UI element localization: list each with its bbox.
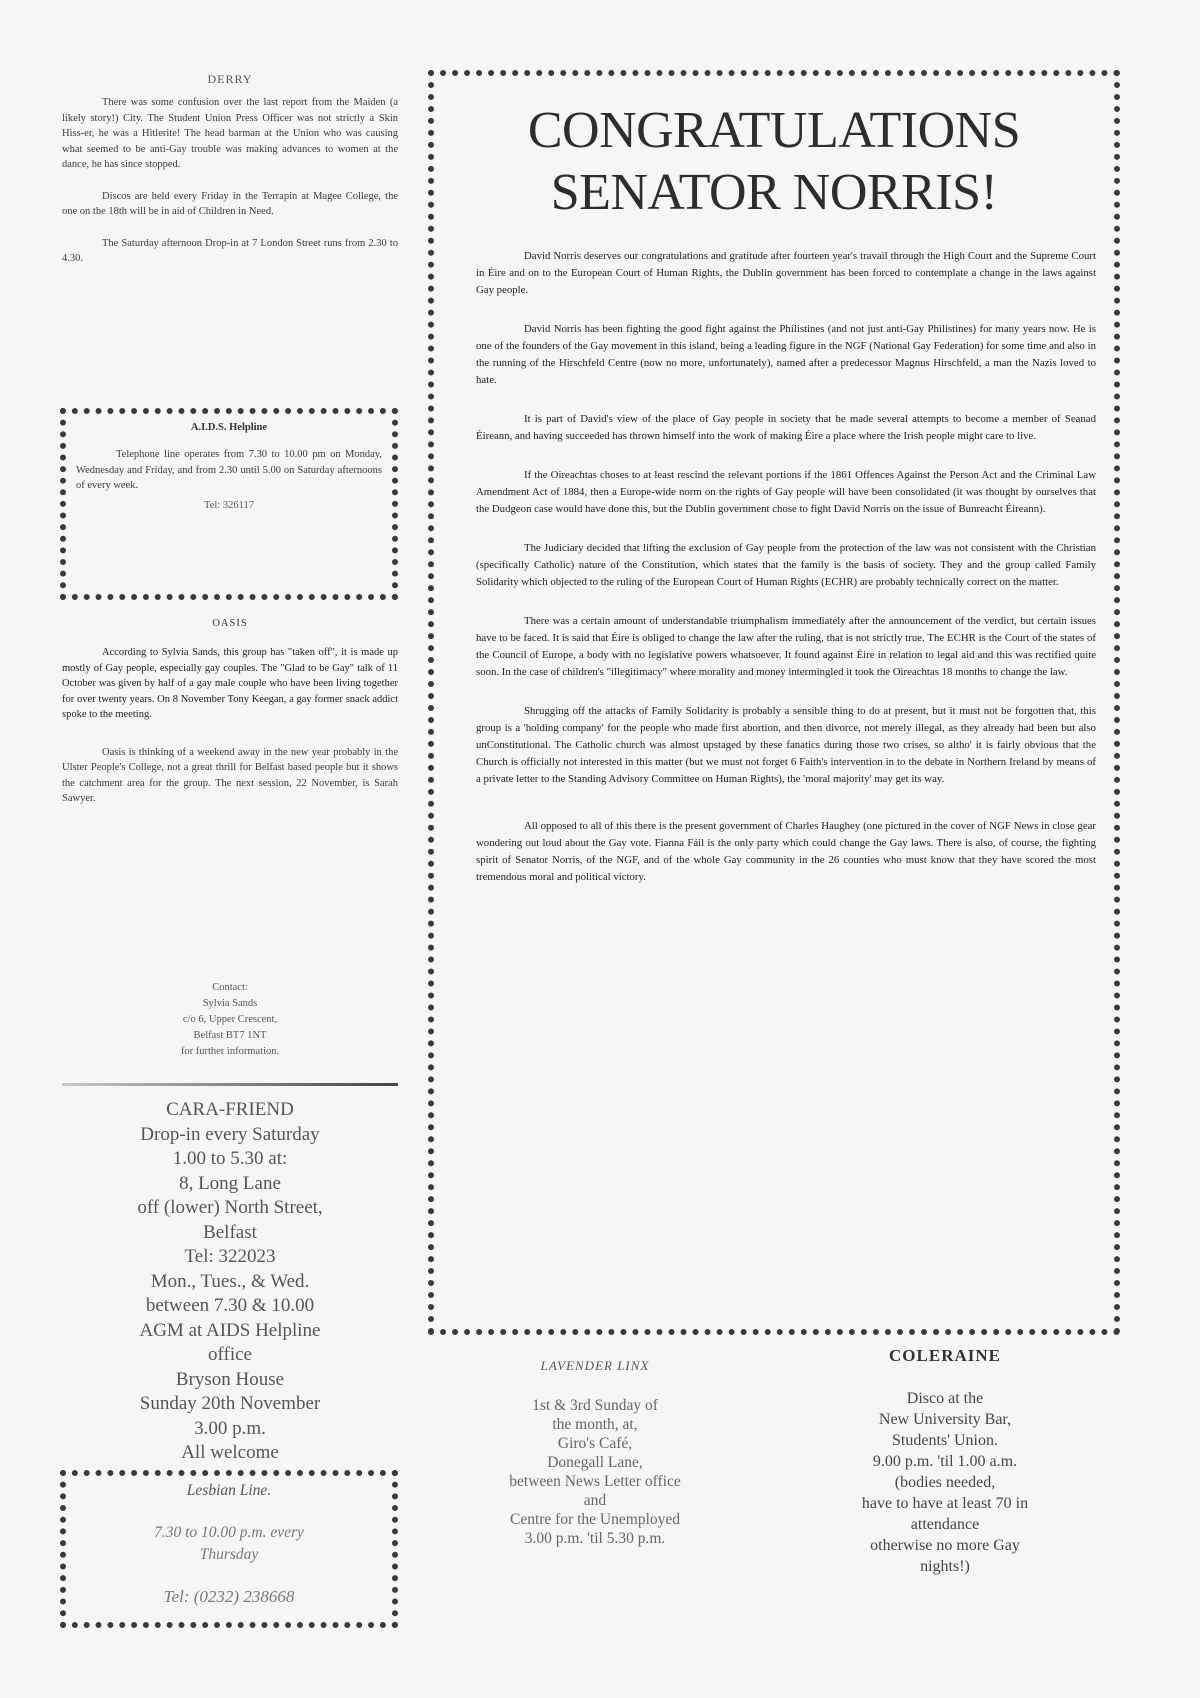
lavender-linx-line: Centre for the Unemployed — [440, 1510, 750, 1529]
cara-friend-line: off (lower) North Street, — [62, 1196, 398, 1221]
coleraine-line: attendance — [780, 1514, 1110, 1535]
cara-friend-line: All welcome — [62, 1441, 398, 1466]
cara-friend-line: Mon., Tues., & Wed. — [62, 1270, 398, 1295]
derry-paragraph: There was some confusion over the last r… — [62, 95, 398, 173]
lesbian-line-title: Lesbian Line. — [76, 1480, 382, 1502]
lavender-linx-line: between News Letter office — [440, 1472, 750, 1491]
cara-friend-line: office — [62, 1343, 398, 1368]
headline-line: SENATOR NORRIS! — [440, 162, 1108, 224]
cara-friend-line: Bryson House — [62, 1368, 398, 1393]
cara-friend-line: Belfast — [62, 1221, 398, 1246]
lesbian-line-hours: Thursday — [76, 1544, 382, 1566]
aids-helpline-tel: Tel: 326117 — [76, 500, 382, 511]
aids-helpline-text: Telephone line operates from 7.30 to 10.… — [76, 447, 382, 494]
section-divider — [62, 1083, 398, 1086]
coleraine-line: (bodies needed, — [780, 1472, 1110, 1493]
article-paragraph: All opposed to all of this there is the … — [476, 818, 1096, 886]
lesbian-line-content: Lesbian Line. 7.30 to 10.00 p.m. every T… — [76, 1480, 382, 1608]
coleraine-line: New University Bar, — [780, 1409, 1110, 1430]
cara-friend-line: AGM at AIDS Helpline — [62, 1319, 398, 1344]
coleraine-section: COLERAINE Disco at the New University Ba… — [780, 1346, 1110, 1577]
cara-friend-line: between 7.30 & 10.00 — [62, 1294, 398, 1319]
contact-line: for further information. — [62, 1044, 398, 1060]
aids-helpline-content: A.I.D.S. Helpline Telephone line operate… — [76, 422, 382, 511]
cara-friend-line: 8, Long Lane — [62, 1172, 398, 1197]
oasis-contact: Contact: Sylvia Sands c/o 6, Upper Cresc… — [62, 980, 398, 1060]
cara-friend-line: Tel: 322023 — [62, 1245, 398, 1270]
article-body: David Norris deserves our congratulation… — [476, 248, 1096, 908]
derry-paragraph: The Saturday afternoon Drop-in at 7 Lond… — [62, 236, 398, 267]
headline-line: CONGRATULATIONS — [440, 100, 1108, 162]
coleraine-line: have to have at least 70 in — [780, 1493, 1110, 1514]
lavender-linx-title: LAVENDER LINX — [440, 1358, 750, 1374]
lavender-linx-line: 3.00 p.m. 'til 5.30 p.m. — [440, 1529, 750, 1548]
coleraine-title: COLERAINE — [780, 1346, 1110, 1366]
lavender-linx-line: Donegall Lane, — [440, 1453, 750, 1472]
cara-friend-line: Sunday 20th November — [62, 1392, 398, 1417]
article-paragraph: David Norris has been fighting the good … — [476, 321, 1096, 389]
cara-friend-section: CARA-FRIEND Drop-in every Saturday 1.00 … — [62, 1098, 398, 1466]
contact-line: Sylvia Sands — [62, 996, 398, 1012]
contact-line: Belfast BT7 1NT — [62, 1028, 398, 1044]
article-paragraph: It is part of David's view of the place … — [476, 411, 1096, 445]
lavender-linx-line: 1st & 3rd Sunday of — [440, 1396, 750, 1415]
coleraine-line: otherwise no more Gay — [780, 1535, 1110, 1556]
oasis-paragraph: Oasis is thinking of a weekend away in t… — [62, 745, 398, 807]
article-paragraph: The Judiciary decided that lifting the e… — [476, 540, 1096, 591]
cara-friend-line: CARA-FRIEND — [62, 1098, 398, 1123]
cara-friend-line: Drop-in every Saturday — [62, 1123, 398, 1148]
article-paragraph: David Norris deserves our congratulation… — [476, 248, 1096, 299]
derry-paragraph: Discos are held every Friday in the Terr… — [62, 189, 398, 220]
derry-section: DERRY There was some confusion over the … — [62, 72, 398, 267]
lesbian-line-tel: Tel: (0232) 238668 — [76, 1586, 382, 1608]
headline: CONGRATULATIONS SENATOR NORRIS! — [440, 100, 1108, 224]
lavender-linx-line: and — [440, 1491, 750, 1510]
coleraine-line: 9.00 p.m. 'til 1.00 a.m. — [780, 1451, 1110, 1472]
coleraine-line: nights!) — [780, 1556, 1110, 1577]
lavender-linx-line: the month, at, — [440, 1415, 750, 1434]
coleraine-line: Students' Union. — [780, 1430, 1110, 1451]
coleraine-line: Disco at the — [780, 1388, 1110, 1409]
oasis-section: OASIS According to Sylvia Sands, this gr… — [62, 618, 398, 823]
article-paragraph: Shrugging off the attacks of Family Soli… — [476, 703, 1096, 788]
lavender-linx-section: LAVENDER LINX 1st & 3rd Sunday of the mo… — [440, 1358, 750, 1548]
aids-helpline-title: A.I.D.S. Helpline — [76, 422, 382, 433]
oasis-paragraph: According to Sylvia Sands, this group ha… — [62, 645, 398, 723]
contact-line: c/o 6, Upper Crescent, — [62, 1012, 398, 1028]
lesbian-line-hours: 7.30 to 10.00 p.m. every — [76, 1522, 382, 1544]
lavender-linx-line: Giro's Café, — [440, 1434, 750, 1453]
cara-friend-line: 3.00 p.m. — [62, 1417, 398, 1442]
oasis-title: OASIS — [62, 618, 398, 629]
contact-line: Contact: — [62, 980, 398, 996]
cara-friend-line: 1.00 to 5.30 at: — [62, 1147, 398, 1172]
article-paragraph: If the Oireachtas choses to at least res… — [476, 467, 1096, 518]
article-paragraph: There was a certain amount of understand… — [476, 613, 1096, 681]
derry-title: DERRY — [62, 72, 398, 87]
